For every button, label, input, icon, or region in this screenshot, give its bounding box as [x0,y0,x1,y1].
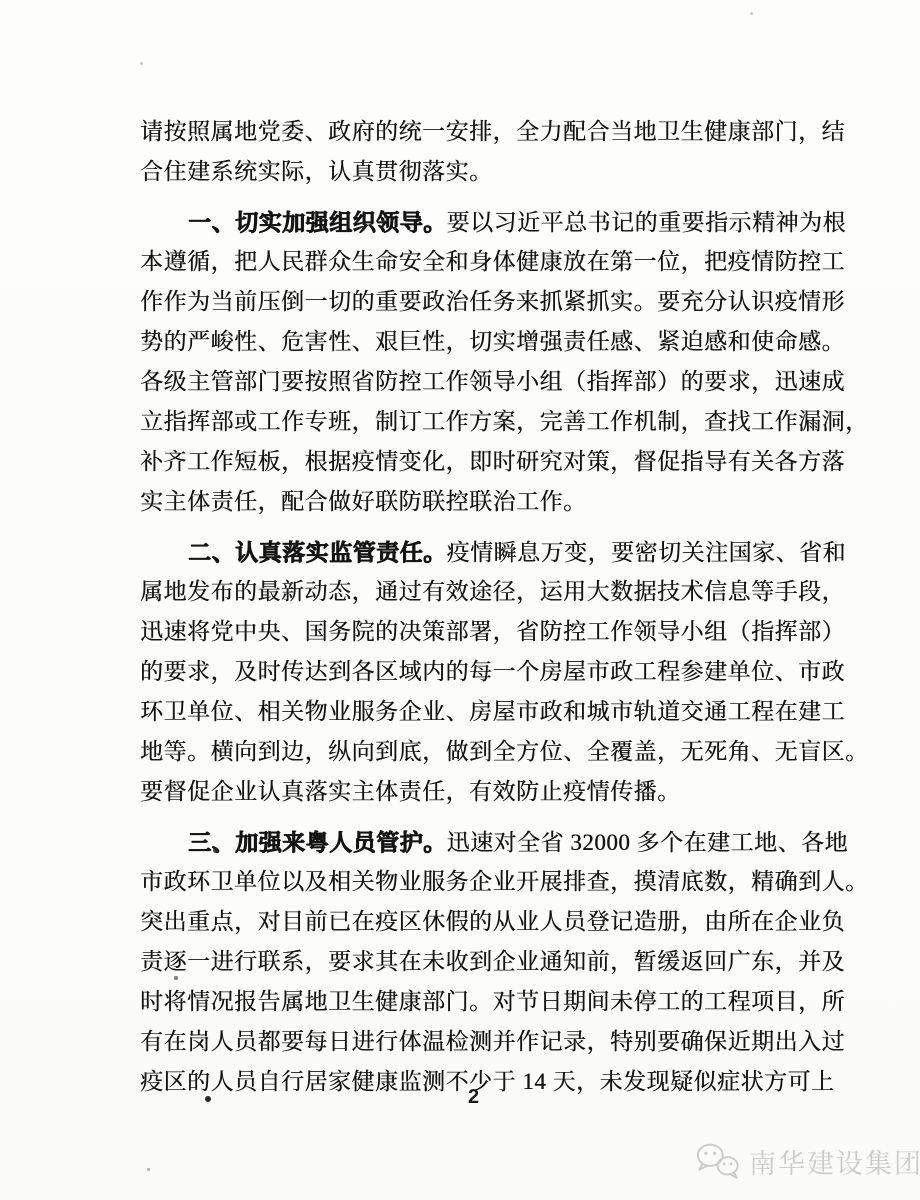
text-line: 实主体责任，配合做好联防联控联治工作。 [140,482,846,522]
brand-name: 南华建设集团 [749,1142,920,1181]
text-line: 要督促企业认真落实主体责任，有效防止疫情传播。 [140,772,846,812]
text-segment: 合住建系统实际，认真贯彻落实。 [140,159,493,184]
document-page: 请按照属地党委、政府的统一安排，全力配合当地卫生健康部门，结合住建系统实际，认真… [0,0,920,1200]
text-segment: 迅速将党中央、国务院的决策部署，省防控工作领导小组（指挥部） [140,619,845,644]
text-line: 疫区的人员自行居家健康监测不少于 14 天，未发现疑似症状方可上 [140,1062,846,1102]
text-line: 一、切实加强组织领导。要以习近平总书记的重要指示精神为根 [140,202,846,242]
text-segment: 实主体责任，配合做好联防联控联治工作。 [140,489,587,514]
text-segment: 有在岗人员都要每日进行体温检测并作记录，特别要确保近期出入过 [140,1029,845,1054]
text-segment: 补齐工作短板，根据疫情变化，即时研究对策，督促指导有关各方落 [140,449,845,474]
text-line: 属地发布的最新动态，通过有效途径，运用大数据技术信息等手段， [140,572,846,612]
text-line: 市政环卫单位以及相关物业服务企业开展排查，摸清底数，精确到人。 [140,862,846,902]
brand-watermark: 南华建设集团 [692,1140,920,1182]
text-line: 三、加强来粤人员管护。迅速对全省 32000 多个在建工地、各地 [140,822,846,862]
text-segment: 各级主管部门要按照省防控工作领导小组（指挥部）的要求，迅速成 [140,369,845,394]
text-line: 迅速将党中央、国务院的决策部署，省防控工作领导小组（指挥部） [140,612,846,652]
text-segment: 疫区的人员自行居家健康监测不少于 14 天，未发现疑似症状方可上 [140,1069,835,1094]
text-segment: 疫情瞬息万变，要密切关注国家、省和 [447,540,847,565]
text-line: 时将情况报告属地卫生健康部门。对节日期间未停工的工程项目，所 [140,982,846,1022]
text-line: 环卫单位、相关物业服务企业、房屋市政和城市轨道交通工程在建工 [140,692,846,732]
text-line: 合住建系统实际，认真贯彻落实。 [140,152,846,192]
text-line: 作作为当前压倒一切的重要政治任务来抓紧抓实。要充分认识疫情形 [140,282,846,322]
text-line: 各级主管部门要按照省防控工作领导小组（指挥部）的要求，迅速成 [140,362,846,402]
scan-speck [147,1168,150,1171]
scan-speck [140,62,143,65]
text-segment: 市政环卫单位以及相关物业服务企业开展排查，摸清底数，精确到人。 [140,869,869,894]
text-line: 二、认真落实监管责任。疫情瞬息万变，要密切关注国家、省和 [140,532,846,572]
text-segment: 时将情况报告属地卫生健康部门。对节日期间未停工的工程项目，所 [140,989,845,1014]
text-segment: 本遵循，把人民群众生命安全和身体健康放在第一位，把疫情防控工 [140,249,845,274]
text-segment: 要督促企业认真落实主体责任，有效防止疫情传播。 [140,779,681,804]
text-line: 本遵循，把人民群众生命安全和身体健康放在第一位，把疫情防控工 [140,242,846,282]
text-segment: 环卫单位、相关物业服务企业、房屋市政和城市轨道交通工程在建工 [140,699,845,724]
text-line: 突出重点，对目前已在疫区休假的从业人员登记造册，由所在企业负 [140,902,846,942]
text-line: 补齐工作短板，根据疫情变化，即时研究对策，督促指导有关各方落 [140,442,846,482]
text-segment: 要以习近平总书记的重要指示精神为根 [447,210,847,235]
text-segment: 势的严峻性、危害性、艰巨性，切实增强责任感、紧迫感和使命感。 [140,329,845,354]
text-line: 请按照属地党委、政府的统一安排，全力配合当地卫生健康部门，结 [140,112,846,152]
document-body: 请按照属地党委、政府的统一安排，全力配合当地卫生健康部门，结合住建系统实际，认真… [140,112,846,1102]
scan-speck [205,1096,211,1102]
text-segment: 作作为当前压倒一切的重要政治任务来抓紧抓实。要充分认识疫情形 [140,289,845,314]
text-line: 的要求，及时传达到各区域内的每一个房屋市政工程参建单位、市政 [140,652,846,692]
scan-speck [750,12,753,15]
section-heading: 二、认真落实监管责任。 [188,539,447,565]
text-segment: 迅速对全省 32000 多个在建工地、各地 [447,830,849,855]
scan-speck [174,976,178,980]
text-segment: 属地发布的最新动态，通过有效途径，运用大数据技术信息等手段， [140,579,845,604]
text-segment: 突出重点，对目前已在疫区休假的从业人员登记造册，由所在企业负 [140,909,845,934]
text-line: 势的严峻性、危害性、艰巨性，切实增强责任感、紧迫感和使命感。 [140,322,846,362]
page-number: 2 [468,1086,479,1109]
section-heading: 一、切实加强组织领导。 [188,209,447,235]
scan-speck [213,848,218,853]
text-segment: 请按照属地党委、政府的统一安排，全力配合当地卫生健康部门，结 [140,119,845,144]
text-line: 地等。横向到边，纵向到底，做到全方位、全覆盖，无死角、无盲区。 [140,732,846,772]
text-line: 立指挥部或工作专班，制订工作方案，完善工作机制，查找工作漏洞， [140,402,846,442]
text-segment: 的要求，及时传达到各区域内的每一个房屋市政工程参建单位、市政 [140,659,845,684]
wechat-icon [692,1140,742,1182]
text-line: 责逐一进行联系，要求其在未收到企业通知前，暂缓返回广东，并及 [140,942,846,982]
text-segment: 责逐一进行联系，要求其在未收到企业通知前，暂缓返回广东，并及 [140,949,845,974]
text-segment: 立指挥部或工作专班，制订工作方案，完善工作机制，查找工作漏洞， [140,409,869,434]
text-line: 有在岗人员都要每日进行体温检测并作记录，特别要确保近期出入过 [140,1022,846,1062]
section-heading: 三、加强来粤人员管护。 [188,829,447,855]
text-segment: 地等。横向到边，纵向到底，做到全方位、全覆盖，无死角、无盲区。 [140,739,869,764]
